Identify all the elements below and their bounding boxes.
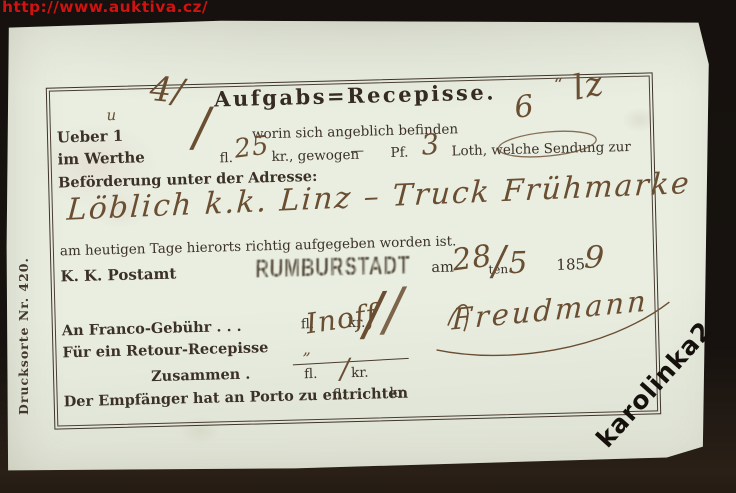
handwritten-value-kr: 25: [233, 130, 272, 164]
label-pf: Pf.: [390, 145, 408, 161]
pen-note-6: 6: [512, 88, 536, 125]
label-zusammen: Zusammen .: [151, 366, 251, 386]
label-kr-3: kr.: [351, 365, 369, 381]
handwritten-month: 5: [508, 246, 529, 281]
label-kr-gewogen: kr., gewogen: [271, 147, 359, 165]
label-fl-3: fl.: [304, 366, 318, 382]
form-number-vertical: Drucksorte Nr. 420.: [16, 250, 31, 415]
dash-gewogen: —: [350, 143, 364, 159]
label-postamt: K. K. Postamt: [60, 264, 176, 285]
label-im-werthe: im Werthe: [57, 148, 145, 168]
pen-stroke-fee-2: /: [383, 275, 404, 343]
label-year-printed: 185: [556, 255, 585, 274]
label-kr-4: kr.: [389, 385, 407, 401]
scanned-receipt-photo: http://www.auktiva.cz/ Drucksorte Nr. 42…: [0, 0, 736, 493]
pen-circle-scribble: [495, 128, 600, 161]
label-am: am: [431, 259, 454, 276]
label-fl-4: fl.: [332, 386, 346, 402]
pen-note-top-left: 4/: [148, 69, 187, 112]
printed-form: 4/ u Aufgabs=Recepisse. 6 “ lz Ueber 1 /…: [46, 72, 661, 429]
pen-stroke-date: /: [492, 238, 507, 284]
ditto-mark: „: [302, 339, 312, 358]
label-ueber: Ueber 1: [57, 127, 124, 147]
pen-note-quote: “: [554, 75, 565, 96]
pen-note-small: u: [106, 106, 117, 124]
label-fl-1: fl.: [219, 150, 233, 166]
auction-site-watermark: http://www.auktiva.cz/: [2, 0, 208, 16]
handwritten-year-digit: 9: [583, 239, 605, 276]
pen-stroke-sum: /: [340, 352, 350, 385]
handwritten-weight-loth: 3: [420, 127, 442, 162]
pen-stroke: /: [192, 98, 211, 158]
signature-flourish: [423, 286, 685, 367]
pen-stroke-fee-1: /: [363, 279, 384, 347]
